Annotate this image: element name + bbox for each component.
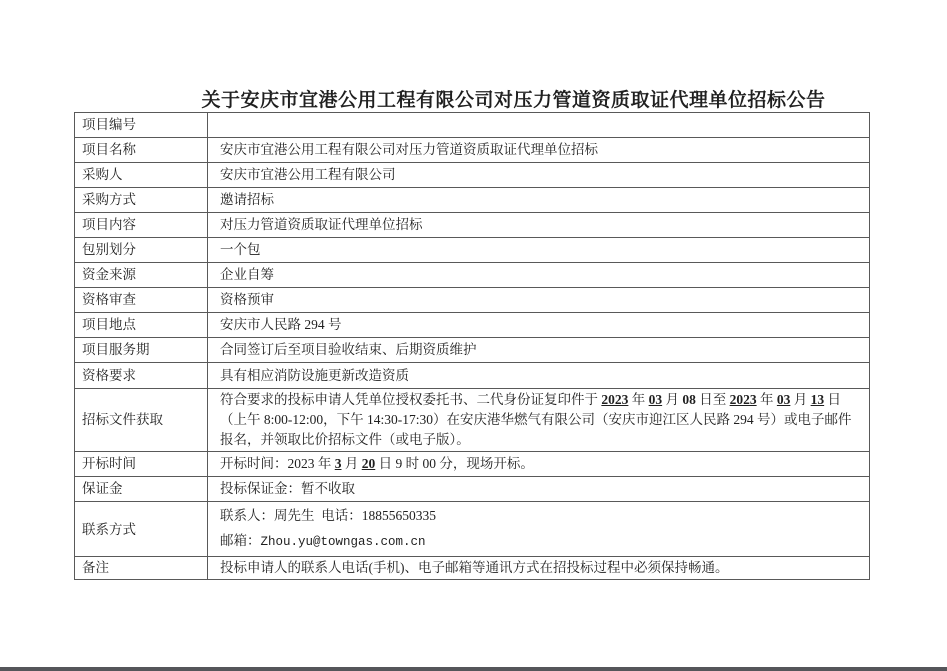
value-segment: 月: [342, 456, 362, 471]
value-segment: 投标申请人的联系人电话(手机)、电子邮箱等通讯方式在招投标过程中必须保持畅通。: [220, 560, 729, 575]
bottom-edge-bar: [0, 667, 947, 671]
row-value: 一个包: [208, 238, 869, 262]
row-label: 联系方式: [75, 502, 208, 556]
value-segment: 安庆市宜港公用工程有限公司对压力管道资质取证代理单位招标: [220, 142, 598, 157]
value-segment: 邀请招标: [220, 192, 274, 207]
value-segment: 月: [662, 392, 682, 407]
row-value: 企业自筹: [208, 263, 869, 287]
row-label: 项目服务期: [75, 338, 208, 362]
value-segment: 联系人：周先生 电话：18855650335: [220, 508, 436, 523]
table-row: 项目地点 安庆市人民路 294 号: [75, 312, 869, 337]
row-label: 备注: [75, 557, 208, 579]
row-value: 投标申请人的联系人电话(手机)、电子邮箱等通讯方式在招投标过程中必须保持畅通。: [208, 557, 869, 579]
row-value-text: 安庆市人民路 294 号: [220, 315, 342, 335]
value-segment: 03: [649, 392, 663, 407]
row-label: 包别划分: [75, 238, 208, 262]
value-segment: 企业自筹: [220, 267, 274, 282]
value-segment: 具有相应消防设施更新改造资质: [220, 368, 409, 383]
value-segment: 安庆市宜港公用工程有限公司: [220, 167, 396, 182]
table-row: 项目内容 对压力管道资质取证代理单位招标: [75, 212, 869, 237]
value-segment: 08: [682, 392, 696, 407]
row-value-text: 具有相应消防设施更新改造资质: [220, 366, 409, 386]
table-row: 项目编号: [75, 113, 869, 137]
value-segment: 邮箱：: [220, 533, 261, 548]
row-value: 资格预审: [208, 288, 869, 312]
row-value-text: 对压力管道资质取证代理单位招标: [220, 215, 423, 235]
table-row: 联系方式 联系人：周先生 电话：18855650335 邮箱：Zhou.yu@t…: [75, 501, 869, 556]
row-value-text: 邀请招标: [220, 190, 274, 210]
value-segment: 符合要求的投标申请人凭单位授权委托书、二代身份证复印件于: [220, 392, 601, 407]
table-row: 开标时间 开标时间：2023 年 3 月 20 日 9 时 00 分，现场开标。: [75, 451, 869, 476]
row-label: 项目名称: [75, 138, 208, 162]
value-segment: 3: [335, 456, 342, 471]
row-label: 资金来源: [75, 263, 208, 287]
row-value: 合同签订后至项目验收结束、后期资质维护: [208, 338, 869, 362]
value-segment: 一个包: [220, 242, 261, 257]
row-value: 邀请招标: [208, 188, 869, 212]
table-row: 采购方式 邀请招标: [75, 187, 869, 212]
row-value: 具有相应消防设施更新改造资质: [208, 363, 869, 388]
row-value: 开标时间：2023 年 3 月 20 日 9 时 00 分，现场开标。: [208, 452, 869, 476]
table-row: 资金来源 企业自筹: [75, 262, 869, 287]
row-label: 保证金: [75, 477, 208, 501]
row-value: 符合要求的投标申请人凭单位授权委托书、二代身份证复印件于 2023 年 03 月…: [208, 389, 869, 451]
row-value-text: 符合要求的投标申请人凭单位授权委托书、二代身份证复印件于 2023 年 03 月…: [220, 390, 861, 450]
row-label: 项目内容: [75, 213, 208, 237]
document-page: 关于安庆市宜港公用工程有限公司对压力管道资质取证代理单位招标公告 项目编号 项目…: [0, 85, 947, 112]
page-title: 关于安庆市宜港公用工程有限公司对压力管道资质取证代理单位招标公告: [0, 85, 947, 112]
table-row: 采购人 安庆市宜港公用工程有限公司: [75, 162, 869, 187]
value-segment: 13: [811, 392, 825, 407]
table-row: 资格审查 资格预审: [75, 287, 869, 312]
value-segment: 03: [777, 392, 791, 407]
announcement-table: 项目编号 项目名称 安庆市宜港公用工程有限公司对压力管道资质取证代理单位招标 采…: [74, 112, 870, 580]
value-segment: 开标时间：2023 年: [220, 456, 335, 471]
row-label: 招标文件获取: [75, 389, 208, 451]
value-segment: 年: [628, 392, 648, 407]
row-value: 联系人：周先生 电话：18855650335 邮箱：Zhou.yu@townga…: [208, 502, 869, 556]
row-value-text: 开标时间：2023 年 3 月 20 日 9 时 00 分，现场开标。: [220, 454, 534, 474]
table-row: 项目服务期 合同签订后至项目验收结束、后期资质维护: [75, 337, 869, 362]
value-segment: 20: [362, 456, 376, 471]
table-row: 保证金 投标保证金：暂不收取: [75, 476, 869, 501]
row-value-text: 联系人：周先生 电话：18855650335 邮箱：Zhou.yu@townga…: [220, 503, 436, 555]
value-segment: 日至: [696, 392, 730, 407]
row-value: 安庆市人民路 294 号: [208, 313, 869, 337]
value-segment: 投标保证金：暂不收取: [220, 481, 355, 496]
row-value-text: 企业自筹: [220, 265, 274, 285]
value-segment: 日 9 时 00 分，现场开标。: [375, 456, 534, 471]
value-segment: 月: [790, 392, 810, 407]
email-text: Zhou.yu@towngas.com.cn: [261, 535, 426, 549]
value-segment: 年: [757, 392, 777, 407]
table-row: 招标文件获取 符合要求的投标申请人凭单位授权委托书、二代身份证复印件于 2023…: [75, 388, 869, 451]
row-label: 项目编号: [75, 113, 208, 137]
row-value-text: 资格预审: [220, 290, 274, 310]
row-value-text: 安庆市宜港公用工程有限公司: [220, 165, 396, 185]
row-value-text: 投标保证金：暂不收取: [220, 479, 355, 499]
row-value-text: 安庆市宜港公用工程有限公司对压力管道资质取证代理单位招标: [220, 140, 598, 160]
row-label: 采购方式: [75, 188, 208, 212]
row-value: 投标保证金：暂不收取: [208, 477, 869, 501]
table-row: 资格要求 具有相应消防设施更新改造资质: [75, 362, 869, 388]
value-segment: 安庆市人民路 294 号: [220, 317, 342, 332]
value-segment: 对压力管道资质取证代理单位招标: [220, 217, 423, 232]
value-segment: 2023: [601, 392, 628, 407]
row-label: 开标时间: [75, 452, 208, 476]
row-value-text: 投标申请人的联系人电话(手机)、电子邮箱等通讯方式在招投标过程中必须保持畅通。: [220, 558, 729, 578]
row-value: 安庆市宜港公用工程有限公司: [208, 163, 869, 187]
table-row: 项目名称 安庆市宜港公用工程有限公司对压力管道资质取证代理单位招标: [75, 137, 869, 162]
row-label: 采购人: [75, 163, 208, 187]
row-value: 安庆市宜港公用工程有限公司对压力管道资质取证代理单位招标: [208, 138, 869, 162]
value-segment: 合同签订后至项目验收结束、后期资质维护: [220, 342, 477, 357]
row-label: 资格审查: [75, 288, 208, 312]
value-segment: 资格预审: [220, 292, 274, 307]
value-segment: 2023: [730, 392, 757, 407]
row-label: 项目地点: [75, 313, 208, 337]
row-label: 资格要求: [75, 363, 208, 388]
row-value-text: 合同签订后至项目验收结束、后期资质维护: [220, 340, 477, 360]
table-row: 包别划分 一个包: [75, 237, 869, 262]
row-value-text: 一个包: [220, 240, 261, 260]
row-value: 对压力管道资质取证代理单位招标: [208, 213, 869, 237]
row-value: [208, 113, 869, 137]
table-row: 备注 投标申请人的联系人电话(手机)、电子邮箱等通讯方式在招投标过程中必须保持畅…: [75, 556, 869, 579]
